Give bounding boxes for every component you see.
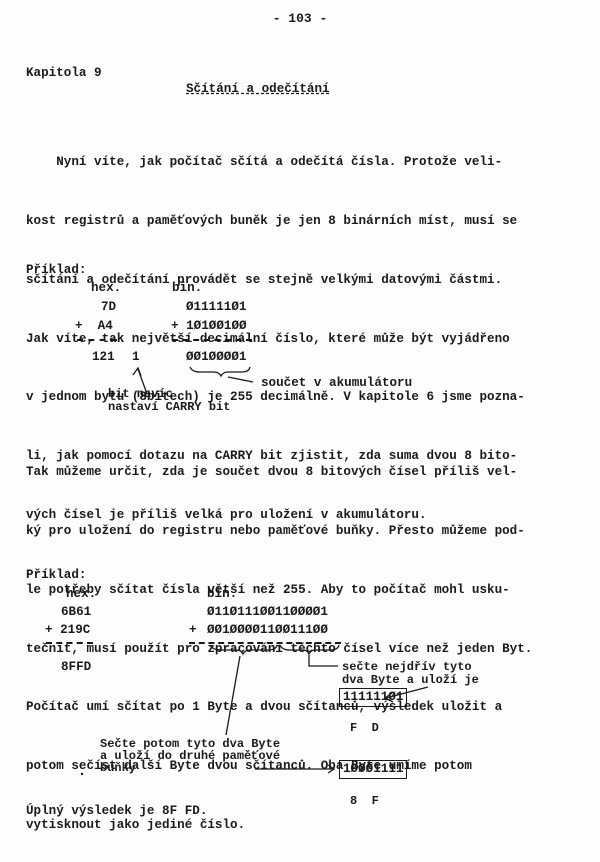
- text-line: le potřeby sčítat čísla větší než 255. A…: [26, 581, 586, 601]
- bin-operand-b: + 1Ø1ØØ1ØØ: [171, 319, 247, 333]
- carry-digit: 1: [132, 350, 140, 364]
- low-byte-hex: F D: [350, 722, 379, 735]
- text-line: kost registrů a paměťových buněk je jen …: [26, 212, 586, 232]
- bin-operand-b: ØØ1ØØØØ11ØØ111ØØ: [207, 623, 328, 637]
- text-line: vytisknout jako jediné číslo.: [26, 816, 586, 836]
- bin-operand-a: Ø11Ø111ØØ11ØØØØ1: [207, 605, 328, 619]
- page-number: - 103 -: [0, 12, 600, 26]
- conclusion-text: Úplný výsledek je 8F FD.: [26, 804, 207, 818]
- hex-operand-a: 6B61: [61, 605, 91, 619]
- hex-header: hex.: [66, 587, 96, 601]
- sum-divider: [189, 642, 341, 644]
- hex-operand-a: 7D: [101, 300, 116, 314]
- bin-plus: +: [189, 623, 197, 637]
- sum-divider: [77, 339, 117, 341]
- bin-sum: ØØ1ØØØØ1: [186, 350, 246, 364]
- sum-note: součet v akumulátoru: [261, 376, 412, 390]
- low-byte-note-line1: sečte nejdřív tyto: [342, 661, 472, 674]
- text-line: ký pro uložení do registru nebo paměťové…: [26, 522, 586, 542]
- low-byte-box: 111111Ø1: [339, 688, 407, 707]
- bin-header: bin.: [207, 587, 237, 601]
- low-byte-note-line2: dva Byte a uloží je: [342, 674, 479, 687]
- text-line: Nyní víte, jak počítač sčítá a odečítá č…: [26, 153, 586, 173]
- hex-header: hex.: [91, 281, 121, 295]
- hex-operand-b: + A4: [75, 319, 113, 333]
- sum-divider: [172, 339, 252, 341]
- example-label: Příklad:: [26, 568, 86, 582]
- paragraph-multibyte: Tak můžeme určit, zda je součet dvou 8 b…: [26, 424, 586, 855]
- bin-operand-a: Ø11111Ø1: [186, 300, 246, 314]
- hex-sum: 121: [92, 350, 115, 364]
- high-byte-note-line3: buňky: [100, 762, 136, 775]
- bin-header: bin.: [172, 281, 202, 295]
- text-line: Tak můžeme určit, zda je součet dvou 8 b…: [26, 463, 586, 483]
- hex-sum: 8FFD: [61, 660, 91, 674]
- chapter-label: Kapitola 9: [26, 66, 102, 80]
- carry-note-line1: bit navíc: [108, 388, 173, 401]
- chapter-title: Sčítání a odečítání: [186, 82, 330, 96]
- carry-note-line2: nastaví CARRY bit: [108, 401, 230, 414]
- sum-divider: [46, 642, 93, 644]
- example-label: Příklad:: [26, 263, 86, 277]
- text-line: Počítač umí sčítat po 1 Byte a dvou sčít…: [26, 698, 586, 718]
- high-byte-hex: 8 F: [350, 795, 379, 808]
- high-byte-box: 1ØØØ1111: [339, 760, 407, 779]
- hex-operand-b: + 219C: [45, 623, 90, 637]
